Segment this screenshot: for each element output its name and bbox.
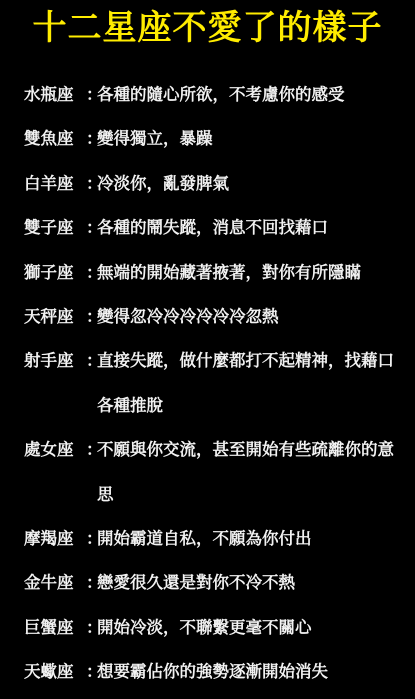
sign-description: 各種的鬧失蹤，消息不回找藉口 xyxy=(97,206,404,250)
separator: ： xyxy=(86,650,97,694)
separator: ： xyxy=(86,206,97,250)
sign-description: 變得忽冷冷冷冷冷冷忽熱 xyxy=(97,295,404,339)
sign-description: 直接失蹤，做什麼都打不起精神，找藉口各種推脫 xyxy=(97,339,404,428)
list-item-pisces: 雙魚座 ： 變得獨立，暴躁 xyxy=(24,117,404,161)
sign-label: 射手座 xyxy=(24,339,86,383)
sign-description: 不願與你交流，甚至開始有些疏離你的意思 xyxy=(97,428,404,517)
sign-label: 天秤座 xyxy=(24,295,86,339)
sign-label: 處女座 xyxy=(24,428,86,472)
sign-description: 各種的隨心所欲，不考慮你的感受 xyxy=(97,73,404,117)
sign-label: 巨蟹座 xyxy=(24,606,86,650)
list-item-sagittarius: 射手座 ： 直接失蹤，做什麼都打不起精神，找藉口各種推脫 xyxy=(24,339,404,428)
list-item-capricorn: 摩羯座 ： 開始霸道自私，不願為你付出 xyxy=(24,517,404,561)
list-item-scorpio: 天蠍座 ： 想要霸佔你的強勢逐漸開始消失 xyxy=(24,650,404,694)
sign-description: 無端的開始藏著掖著，對你有所隱瞞 xyxy=(97,251,404,295)
separator: ： xyxy=(86,295,97,339)
separator: ： xyxy=(86,339,97,383)
separator: ： xyxy=(86,606,97,650)
sign-description: 想要霸佔你的強勢逐漸開始消失 xyxy=(97,650,404,694)
separator: ： xyxy=(86,162,97,206)
list-item-libra: 天秤座 ： 變得忽冷冷冷冷冷冷忽熱 xyxy=(24,295,404,339)
separator: ： xyxy=(86,517,97,561)
sign-description: 冷淡你，亂發脾氣 xyxy=(97,162,404,206)
sign-label: 白羊座 xyxy=(24,162,86,206)
sign-label: 摩羯座 xyxy=(24,517,86,561)
list-item-cancer: 巨蟹座 ： 開始冷淡，不聯繫更毫不關心 xyxy=(24,606,404,650)
separator: ： xyxy=(86,251,97,295)
separator: ： xyxy=(86,73,97,117)
sign-label: 雙魚座 xyxy=(24,117,86,161)
sign-description: 變得獨立，暴躁 xyxy=(97,117,404,161)
list-item-taurus: 金牛座 ： 戀愛很久還是對你不冷不熱 xyxy=(24,561,404,605)
sign-label: 天蠍座 xyxy=(24,650,86,694)
list-item-aries: 白羊座 ： 冷淡你，亂發脾氣 xyxy=(24,162,404,206)
sign-label: 雙子座 xyxy=(24,206,86,250)
separator: ： xyxy=(86,561,97,605)
sign-label: 獅子座 xyxy=(24,251,86,295)
sign-label: 水瓶座 xyxy=(24,73,86,117)
list-item-virgo: 處女座 ： 不願與你交流，甚至開始有些疏離你的意思 xyxy=(24,428,404,517)
separator: ： xyxy=(86,117,97,161)
page-title: 十二星座不愛了的樣子 xyxy=(0,6,415,50)
sign-description: 開始霸道自私，不願為你付出 xyxy=(97,517,404,561)
list-item-aquarius: 水瓶座 ： 各種的隨心所欲，不考慮你的感受 xyxy=(24,73,404,117)
sign-label: 金牛座 xyxy=(24,561,86,605)
list-item-leo: 獅子座 ： 無端的開始藏著掖著，對你有所隱瞞 xyxy=(24,251,404,295)
sign-description: 戀愛很久還是對你不冷不熱 xyxy=(97,561,404,605)
separator: ： xyxy=(86,428,97,472)
list-item-gemini: 雙子座 ： 各種的鬧失蹤，消息不回找藉口 xyxy=(24,206,404,250)
sign-description: 開始冷淡，不聯繫更毫不關心 xyxy=(97,606,404,650)
zodiac-list: 水瓶座 ： 各種的隨心所欲，不考慮你的感受 雙魚座 ： 變得獨立，暴躁 白羊座 … xyxy=(24,73,404,695)
